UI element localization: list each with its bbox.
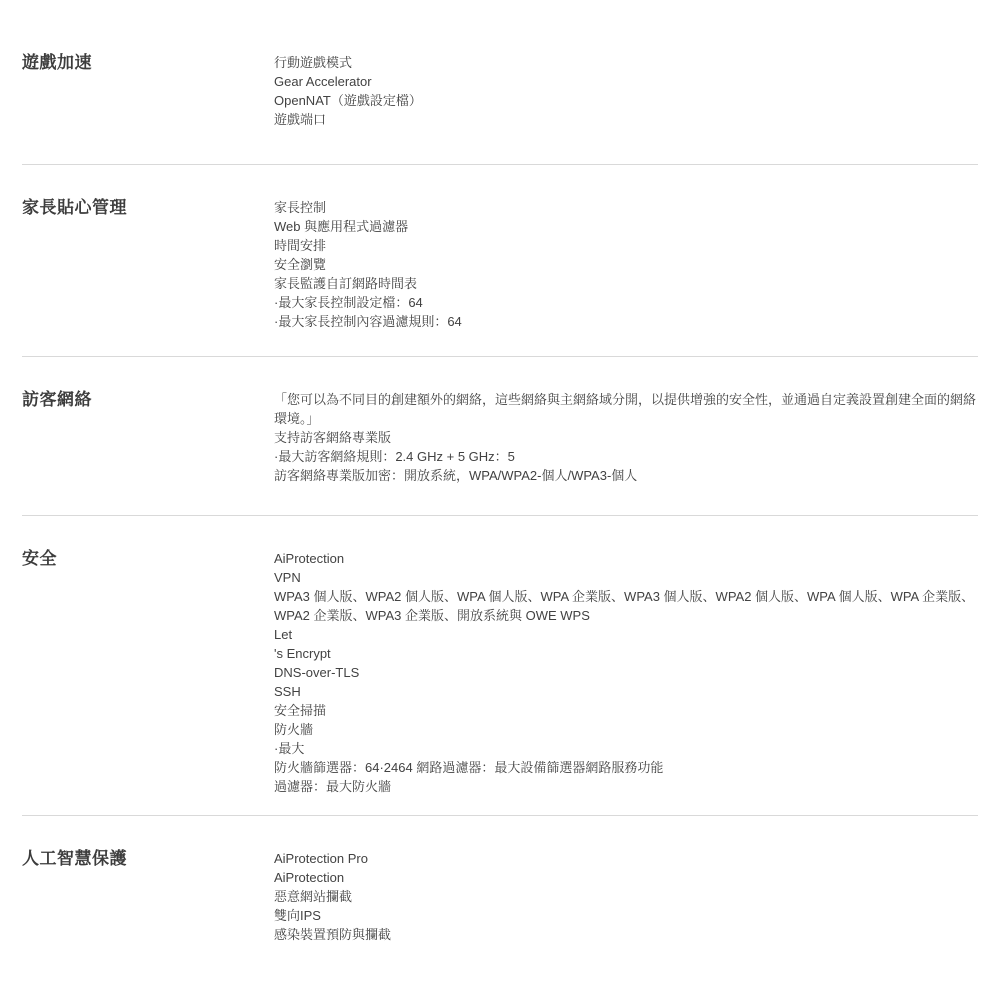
spec-line: 's Encrypt: [274, 644, 978, 663]
spec-section-parental-controls: 家長貼心管理 家長控制Web 與應用程式過濾器時間安排安全瀏覽家長監護自訂網路時…: [22, 165, 978, 357]
spec-line: ·最大訪客網絡規則：2.4 GHz + 5 GHz：5: [274, 447, 978, 466]
spec-line: 「您可以為不同目的創建額外的網絡，這些網絡與主網絡域分開，以提供增強的安全性，並…: [274, 390, 978, 428]
spec-section-guest-network: 訪客網絡 「您可以為不同目的創建額外的網絡，這些網絡與主網絡域分開，以提供增強的…: [22, 357, 978, 516]
spec-section-values: AiProtection ProAiProtection惡意網站攔截雙向IPS感…: [274, 849, 978, 944]
spec-line: ·最大家長控制內容過濾規則：64: [274, 312, 978, 331]
spec-line: Web 與應用程式過濾器: [274, 217, 978, 236]
spec-section-values: AiProtectionVPNWPA3 個人版、WPA2 個人版、WPA 個人版…: [274, 549, 978, 796]
spec-section-game-acceleration: 遊戲加速 行動遊戲模式Gear AcceleratorOpenNAT（遊戲設定檔…: [22, 0, 978, 165]
spec-line: AiProtection: [274, 868, 978, 887]
spec-line: 防火牆: [274, 720, 978, 739]
spec-section-label: 遊戲加速: [22, 53, 274, 72]
product-spec-table: 遊戲加速 行動遊戲模式Gear AcceleratorOpenNAT（遊戲設定檔…: [22, 0, 978, 944]
spec-line: Let: [274, 625, 978, 644]
spec-line: AiProtection: [274, 549, 978, 568]
spec-section-values: 行動遊戲模式Gear AcceleratorOpenNAT（遊戲設定檔）遊戲端口: [274, 53, 978, 129]
spec-line: 家長控制: [274, 198, 978, 217]
spec-line: 支持訪客網絡專業版: [274, 428, 978, 447]
spec-line: 訪客網絡專業版加密：開放系統，WPA/WPA2-個人/WPA3-個人: [274, 466, 978, 485]
spec-line: 感染裝置預防與攔截: [274, 925, 978, 944]
spec-line: DNS-over-TLS: [274, 663, 978, 682]
spec-section-label: 家長貼心管理: [22, 198, 274, 217]
spec-line: 時間安排: [274, 236, 978, 255]
spec-section-values: 「您可以為不同目的創建額外的網絡，這些網絡與主網絡域分開，以提供增強的安全性，並…: [274, 390, 978, 485]
spec-section-values: 家長控制Web 與應用程式過濾器時間安排安全瀏覽家長監護自訂網路時間表·最大家長…: [274, 198, 978, 331]
spec-line: ·最大家長控制設定檔：64: [274, 293, 978, 312]
spec-line: WPA3 個人版、WPA2 個人版、WPA 個人版、WPA 企業版、WPA3 個…: [274, 587, 978, 625]
spec-line: Gear Accelerator: [274, 72, 978, 91]
spec-line: 安全掃描: [274, 701, 978, 720]
spec-line: 惡意網站攔截: [274, 887, 978, 906]
spec-line: 遊戲端口: [274, 110, 978, 129]
spec-line: ·最大: [274, 739, 978, 758]
spec-line: 過濾器：最大防火牆: [274, 777, 978, 796]
spec-line: VPN: [274, 568, 978, 587]
spec-section-ai-protection: 人工智慧保護 AiProtection ProAiProtection惡意網站攔…: [22, 816, 978, 944]
spec-line: AiProtection Pro: [274, 849, 978, 868]
spec-line: 防火牆篩選器：64·2464 網路過濾器：最大設備篩選器網路服務功能: [274, 758, 978, 777]
spec-section-label: 訪客網絡: [22, 390, 274, 409]
spec-line: 家長監護自訂網路時間表: [274, 274, 978, 293]
spec-section-label: 安全: [22, 549, 274, 568]
spec-section-label: 人工智慧保護: [22, 849, 274, 868]
spec-section-security: 安全 AiProtectionVPNWPA3 個人版、WPA2 個人版、WPA …: [22, 516, 978, 816]
spec-line: 雙向IPS: [274, 906, 978, 925]
spec-line: 行動遊戲模式: [274, 53, 978, 72]
spec-line: SSH: [274, 682, 978, 701]
spec-line: OpenNAT（遊戲設定檔）: [274, 91, 978, 110]
spec-line: 安全瀏覽: [274, 255, 978, 274]
